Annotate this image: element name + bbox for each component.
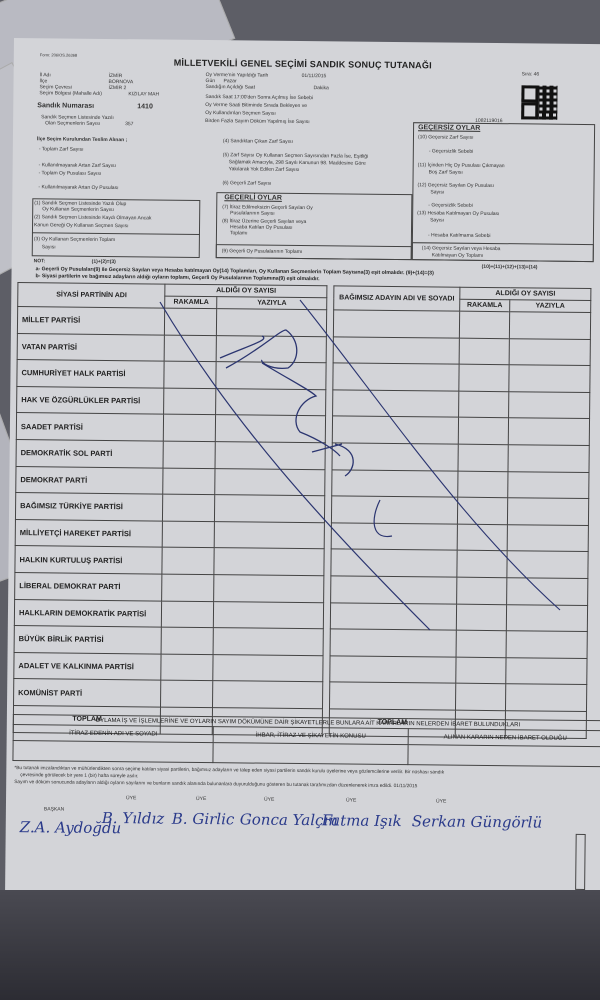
party-name: MİLLİYETÇİ HAREKET PARTİSİ [15, 519, 163, 547]
candidate-name-cell[interactable] [333, 310, 459, 338]
col-rakamla: RAKAMLA [165, 296, 217, 309]
gecerli-item: Pusulalarının Sayısı [230, 210, 275, 216]
votes-words-cell[interactable] [508, 445, 589, 472]
gecersiz-formula: (10)+(11)+(12)+(13)=(14) [482, 264, 538, 271]
secmen-item: Sayısı [42, 244, 56, 250]
candidate-name-cell[interactable] [332, 416, 458, 444]
zarf-item: (4) Sandıktan Çıkan Zarf Sayısı [223, 138, 293, 145]
votes-words-cell[interactable] [508, 471, 589, 498]
footer-note: Sayım ve döküm sonucunda adayların aldığ… [14, 780, 417, 789]
party-row: HALKIN KURTULUŞ PARTİSİ [15, 546, 324, 576]
party-name: HAK VE ÖZGÜRLÜKLER PARTİSİ [17, 386, 165, 414]
votes-digits-cell[interactable] [457, 524, 507, 551]
vote-info-line: Sandık Saat 17:00'den Sonra Açılmış İse … [205, 94, 313, 101]
col-rakamla: RAKAMLA [460, 299, 510, 312]
complaint-cell [13, 741, 213, 763]
zarf-item: (6) Geçerli Zarf Sayısı [222, 180, 271, 187]
complaint-cell [408, 745, 600, 767]
gecersiz-heading: GEÇERSİZ OYLAR [418, 124, 480, 132]
party-name: LİBERAL DEMOKRAT PARTİ [15, 572, 163, 600]
zarf-item: Yakılarak Yok Edilen Zarf Sayısı [229, 166, 300, 173]
vote-info-line: Oy Verme Saati Bitiminde Sırada Bekleyen… [205, 102, 307, 109]
votes-words-cell[interactable] [216, 415, 326, 443]
secmen-item: Kanun Gereği Oy Kullanan Seçmen Sayısı [34, 222, 129, 229]
party-row: HAK VE ÖZGÜRLÜKLER PARTİSİ [17, 386, 326, 416]
footer-note: çevresinde görülecek bir yere 1 (bir) ha… [20, 773, 138, 779]
vote-info-line: Birden Fazla Sayım Döküm Yapılmış İse Sa… [205, 118, 310, 125]
gecersiz-item: Sayısı [430, 217, 444, 223]
candidate-name-cell[interactable] [333, 336, 459, 364]
votes-digits-cell[interactable] [162, 601, 214, 628]
party-row: VATAN PARTİSİ [17, 333, 326, 363]
signature: B. Girlic [172, 810, 235, 829]
votes-words-cell[interactable] [217, 309, 327, 337]
party-row: DEMOKRAT PARTİ [16, 466, 325, 496]
party-name: HALKIN KURTULUŞ PARTİSİ [15, 546, 163, 574]
votes-digits-cell[interactable] [458, 471, 508, 498]
votes-words-cell[interactable] [509, 391, 590, 418]
party-row: LİBERAL DEMOKRAT PARTİ [15, 572, 324, 602]
votes-digits-cell[interactable] [455, 683, 505, 710]
signature-role: ÜYE [126, 795, 136, 801]
votes-words-cell[interactable] [507, 524, 588, 551]
votes-digits-cell[interactable] [161, 654, 213, 681]
gecersiz-item: (14) Geçersiz Sayılan veya Hesaba [422, 245, 501, 252]
votes-words-cell[interactable] [214, 575, 324, 603]
votes-digits-cell[interactable] [162, 627, 214, 654]
party-row: KOMÜNİST PARTİ [14, 679, 323, 709]
col-candidate-name: BAĞIMSIZ ADAYIN ADI VE SOYADI [334, 286, 460, 311]
signature-role: ÜYE [436, 798, 446, 804]
candidate-name-cell[interactable] [331, 496, 457, 524]
signature-area: BAŞKANZ.A. AydoğduÜYEB. YıldızÜYEB. Girl… [14, 38, 600, 44]
votes-words-cell[interactable] [506, 631, 587, 658]
vote-date: 01/11/2015 [302, 73, 327, 79]
votes-words-cell[interactable] [509, 312, 590, 339]
party-row: HALKLARIN DEMOKRATİK PARTİSİ [14, 599, 323, 629]
candidate-row [332, 416, 589, 445]
gecersiz-item: Sayısı [430, 189, 444, 195]
secmen-item: (3) Oy Kullanan Seçmenlerin Toplam [34, 236, 115, 243]
votes-words-cell[interactable] [506, 657, 587, 684]
gecersiz-item: Boş Zarf Sayısı [429, 169, 463, 175]
votes-digits-cell[interactable] [459, 364, 509, 391]
candidate-row [330, 629, 587, 658]
party-name: KOMÜNİST PARTİ [14, 679, 162, 707]
candidate-name-cell[interactable] [329, 682, 455, 710]
votes-digits-cell[interactable] [163, 468, 215, 495]
votes-digits-cell[interactable] [163, 441, 215, 468]
party-row: CUMHURİYET HALK PARTİSİ [17, 360, 326, 390]
candidate-row [330, 656, 587, 685]
gecersiz-item: Katılmayan Oy Toplamı [432, 252, 484, 259]
form-code: Form: 206/OS.26368 [40, 52, 77, 57]
votes-words-cell[interactable] [509, 338, 590, 365]
party-votes-table: SİYASİ PARTİNİN ADI ALDIĞI OY SAYISI RAK… [13, 282, 328, 736]
votes-digits-cell[interactable] [458, 418, 508, 445]
party-name: DEMOKRAT PARTİ [16, 466, 164, 494]
votes-words-cell[interactable] [509, 365, 590, 392]
votes-digits-cell[interactable] [457, 577, 507, 604]
candidate-row [332, 443, 589, 472]
candidate-name-cell[interactable] [331, 523, 457, 551]
signature-role: ÜYE [264, 797, 274, 803]
signature: Serkan Güngörlü [412, 812, 543, 831]
minute-label: Dakika [313, 85, 328, 91]
vote-info-line: Oy Kullandırılan Seçmen Sayısı [205, 110, 276, 117]
candidate-name-cell[interactable] [333, 363, 459, 391]
ilce-teslim-heading: İlçe Seçim Kurulundan Teslim Alınan ; [37, 136, 127, 143]
votes-digits-cell[interactable] [165, 308, 217, 335]
votes-words-cell[interactable] [506, 604, 587, 631]
gecerli-item: (9) Geçerli Oy Pusulalarının Toplamı [222, 248, 303, 255]
votes-words-cell[interactable] [213, 628, 323, 656]
votes-digits-cell[interactable] [459, 338, 509, 365]
votes-digits-cell[interactable] [457, 551, 507, 578]
independent-votes-table: BAĞIMSIZ ADAYIN ADI VE SOYADI ALDIĞI OY … [329, 285, 592, 738]
votes-words-cell[interactable] [216, 362, 326, 390]
gecersiz-item: - Hesaba Katılmama Sebebi [428, 232, 491, 239]
candidate-row [330, 602, 587, 631]
votes-digits-cell[interactable] [164, 361, 216, 388]
ilce-teslim-item: - Toplam Zarf Sayısı [39, 146, 84, 152]
candidate-row [331, 576, 588, 605]
col-yaziyla: YAZIYLA [510, 300, 591, 313]
stamp-box [575, 834, 586, 890]
gecersiz-item: (10) Geçersiz Zarf Sayısı [418, 134, 474, 141]
bolge-value: KIZILAY MAH [128, 91, 159, 97]
votes-words-cell[interactable] [214, 548, 324, 576]
votes-digits-cell[interactable] [459, 391, 509, 418]
votes-digits-cell[interactable] [457, 497, 507, 524]
open-label: Sandığın Açıldığı Saat [205, 84, 255, 91]
party-name: MİLLET PARTİSİ [17, 307, 165, 335]
votes-digits-cell[interactable] [163, 494, 215, 521]
candidate-row [333, 363, 590, 392]
party-row: BÜYÜK BİRLİK PARTİSİ [14, 626, 323, 656]
col-party-name: SİYASİ PARTİNİN ADI [18, 283, 166, 309]
bolge-label: Seçim Bölgesi (Mahalle Adı) [39, 90, 102, 97]
votes-digits-cell[interactable] [161, 680, 213, 707]
signature-role: ÜYE [196, 796, 206, 802]
party-row: MİLLİYETÇİ HAREKET PARTİSİ [15, 519, 324, 549]
complaint-cell [213, 743, 408, 765]
votes-digits-cell[interactable] [164, 414, 216, 441]
party-row: BAĞIMSIZ TÜRKİYE PARTİSİ [15, 493, 324, 523]
signature: B. Yıldız [102, 809, 165, 828]
gecersiz-item: - Geçersizlik Sebebi [429, 148, 474, 154]
party-name: BAĞIMSIZ TÜRKİYE PARTİSİ [15, 493, 163, 521]
party-name: VATAN PARTİSİ [17, 333, 165, 361]
votes-words-cell[interactable] [215, 442, 325, 470]
candidate-row [329, 682, 586, 711]
votes-digits-cell[interactable] [456, 604, 506, 631]
votes-digits-cell[interactable] [458, 444, 508, 471]
ilce-teslim-item: - Kullanılmayarak Artan Oy Pusulası [38, 184, 118, 191]
table-surface [0, 890, 600, 1000]
candidate-row [331, 549, 588, 578]
candidate-row [333, 390, 590, 419]
signature-role: ÜYE [346, 798, 356, 804]
party-name: CUMHURİYET HALK PARTİSİ [17, 360, 165, 388]
secmen-count: 357 [125, 121, 133, 127]
votes-words-cell[interactable] [215, 468, 325, 496]
secmen-label: Olan Seçmenlerin Sayısı [45, 120, 100, 127]
not-label: NOT: [34, 258, 46, 264]
candidate-row [331, 496, 588, 525]
sandik-number: 1410 [137, 103, 153, 110]
votes-words-cell[interactable] [507, 551, 588, 578]
secmen-item: (2) Sandık Seçmen Listesinde Kaydı Olmay… [34, 214, 151, 221]
candidate-name-cell[interactable] [331, 549, 457, 577]
party-row: DEMOKRATİK SOL PARTİ [16, 440, 325, 470]
votes-digits-cell[interactable] [459, 311, 509, 338]
votes-words-cell[interactable] [508, 418, 589, 445]
party-name: BÜYÜK BİRLİK PARTİSİ [14, 626, 162, 654]
gecerli-heading: GEÇERLİ OYLAR [224, 194, 282, 202]
gecersiz-item: (11) İçinden Hiç Oy Pusulası Çıkmayan [418, 162, 505, 169]
candidate-name-cell[interactable] [332, 443, 458, 471]
votes-words-cell[interactable] [215, 521, 325, 549]
votes-words-cell[interactable] [216, 388, 326, 416]
ilce-teslim-item: - Toplam Oy Pusulası Sayısı [39, 170, 102, 177]
votes-words-cell[interactable] [213, 681, 323, 709]
candidate-name-cell[interactable] [332, 469, 458, 497]
col-yaziyla: YAZIYLA [217, 297, 327, 310]
ballot-result-form: Form: 206/OS.26368 MİLLETVEKİLİ GENEL SE… [5, 38, 600, 944]
not-formula: (1)+(2)=(3) [92, 259, 116, 265]
gecersiz-item: (12) Geçersiz Sayılan Oy Pusulası [417, 182, 493, 189]
form-title: MİLLETVEKİLİ GENEL SEÇİMİ SANDIK SONUÇ T… [174, 58, 432, 71]
candidate-name-cell[interactable] [330, 602, 456, 630]
candidate-row [333, 336, 590, 365]
votes-words-cell[interactable] [217, 335, 327, 363]
candidate-row [332, 469, 589, 498]
gecerli-item: Toplamı [230, 230, 248, 236]
votes-digits-cell[interactable] [165, 335, 217, 362]
votes-words-cell[interactable] [507, 578, 588, 605]
signature-role: BAŞKAN [44, 806, 64, 812]
candidate-name-cell[interactable] [331, 576, 457, 604]
ilce-teslim-item: - Kullanılmayarak Artan Zarf Sayısı [39, 162, 116, 169]
party-row: ADALET VE KALKINMA PARTİSİ [14, 652, 323, 682]
votes-digits-cell[interactable] [162, 574, 214, 601]
party-name: DEMOKRATİK SOL PARTİ [16, 440, 164, 468]
votes-words-cell[interactable] [214, 601, 324, 629]
votes-digits-cell[interactable] [456, 630, 506, 657]
votes-words-cell[interactable] [215, 495, 325, 523]
candidate-name-cell[interactable] [330, 629, 456, 657]
gecersiz-item: (13) Hesaba Katılmayan Oy Pusulası [417, 210, 499, 217]
party-row: MİLLET PARTİSİ [17, 307, 326, 337]
votes-digits-cell[interactable] [162, 547, 214, 574]
votes-words-cell[interactable] [507, 498, 588, 525]
candidate-name-cell[interactable] [330, 656, 456, 684]
votes-words-cell[interactable] [213, 654, 323, 682]
candidate-name-cell[interactable] [333, 390, 459, 418]
party-name: ADALET VE KALKINMA PARTİSİ [14, 652, 162, 680]
sandik-label: Sandık Numarası [37, 102, 94, 110]
complaints-table: OYLAMA İŞ VE İŞLEMLERİNE VE OYLARIN SAYI… [12, 714, 600, 767]
votes-words-cell[interactable] [505, 684, 586, 711]
signature: Fatma Işık [322, 811, 402, 830]
cevre-value: İZMİR 2 [108, 85, 126, 91]
secmen-item: Oy Kullanan Seçmenlerin Sayısı [42, 206, 114, 213]
votes-digits-cell[interactable] [163, 521, 215, 548]
votes-digits-cell[interactable] [164, 388, 216, 415]
page-ref: Sıra: 46 [522, 71, 540, 77]
party-row: SAADET PARTİSİ [16, 413, 325, 443]
party-name: HALKLARIN DEMOKRATİK PARTİSİ [14, 599, 162, 627]
qr-code-icon [521, 85, 557, 119]
gecersiz-item: - Geçersizlik Sebebi [428, 202, 473, 208]
votes-digits-cell[interactable] [456, 657, 506, 684]
candidate-row [331, 523, 588, 552]
candidate-row [333, 310, 590, 339]
party-name: SAADET PARTİSİ [16, 413, 164, 441]
